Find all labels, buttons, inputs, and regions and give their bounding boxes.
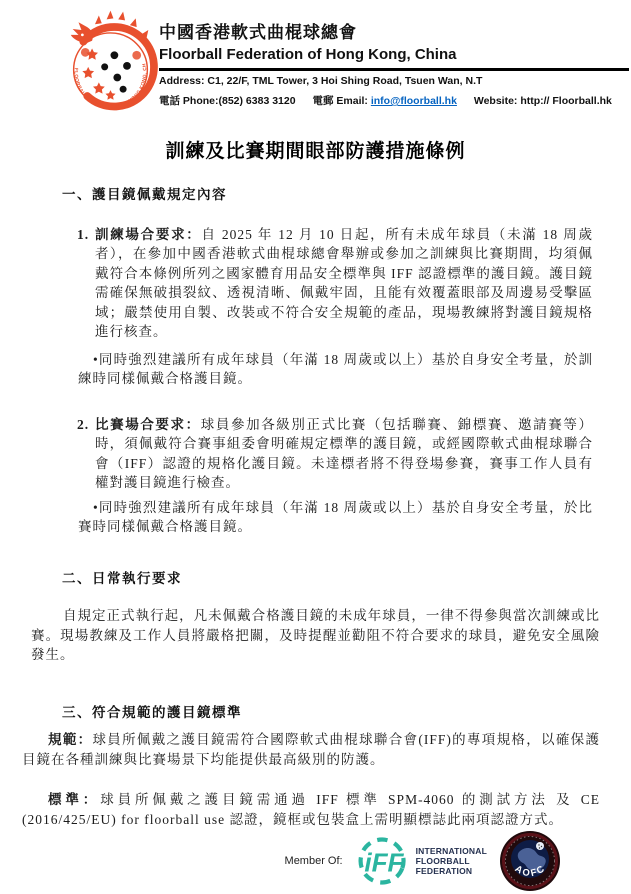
website-text: Website: http:// Floorball.hk: [474, 95, 612, 107]
iff-name-line3: FEDERATION: [416, 866, 487, 876]
iff-name-lines: INTERNATIONAL FLOORBALL FEDERATION: [416, 846, 487, 876]
org-name-en: Floorball Federation of Hong Kong, China: [159, 46, 629, 63]
list-item-2: 2. 比賽場合要求：球員參加各級別正式比賽（包括聯賽、錦標賽、邀請賽等）時，須佩…: [77, 415, 593, 493]
standard-text: 球員所佩戴之護目鏡需通過 IFF 標準 SPM-4060 的測試方法 及 CE …: [22, 792, 600, 827]
page-title: 訓練及比賽期間眼部防護措施條例: [0, 136, 631, 163]
letterhead-text: 中國香港軟式曲棍球總會 Floorball Federation of Hong…: [159, 8, 629, 108]
section2-paragraph: 自規定正式執行起，凡未佩戴合格護目鏡的未成年球員，一律不得參與當次訓練或比賽。現…: [31, 606, 600, 665]
item1-bullet: •同時強烈建議所有成年球員（年滿 18 周歲或以上）基於自身安全考量，於訓練時同…: [78, 350, 593, 389]
contact-line: 電話 Phone:(852) 6383 3120 電郵 Email: info@…: [159, 93, 629, 108]
item1-text: 訓練場合要求：自 2025 年 12 月 10 日起，所有未成年球員（未滿 18…: [95, 225, 593, 342]
header-divider: [159, 68, 629, 71]
iff-name-line2: FLOORBALL: [416, 856, 487, 866]
iff-logo-icon: iFF: [355, 834, 411, 888]
document-body: 一、護目鏡佩戴規定內容 1. 訓練場合要求：自 2025 年 12 月 10 日…: [0, 185, 631, 829]
section1-heading: 一、護目鏡佩戴規定內容: [62, 185, 631, 205]
member-of-label: Member Of:: [285, 855, 343, 867]
email-link[interactable]: info@floorball.hk: [371, 95, 457, 107]
ffhk-logo-graphic: FLOORBALL FEDERATION OF HONG KONG, CHINA: [62, 8, 159, 118]
spec-label: 規範：: [48, 732, 92, 747]
aofc-logo-icon: AOFC: [499, 830, 561, 892]
email-label: 電郵 Email:: [312, 95, 367, 107]
iff-name-line1: INTERNATIONAL: [416, 846, 487, 856]
dragon-head: [71, 22, 93, 43]
section3-paragraph-spec: 規範：球員所佩戴之護目鏡需符合國際軟式曲棍球聯合會(IFF)的專項規格，以確保護…: [22, 730, 600, 769]
item1-label: 訓練場合要求：: [95, 227, 202, 242]
address-line: Address: C1, 22/F, TML Tower, 3 Hoi Shin…: [159, 75, 629, 87]
item2-text: 比賽場合要求：球員參加各級別正式比賽（包括聯賽、錦標賽、邀請賽等）時，須佩戴符合…: [95, 415, 593, 493]
item1-number: 1.: [77, 225, 95, 342]
letterhead: FLOORBALL FEDERATION OF HONG KONG, CHINA…: [0, 0, 631, 123]
footer: Member Of: iFF INTERNATIONAL FLOORBALL F…: [0, 830, 631, 892]
standard-label: 標準：: [48, 792, 100, 807]
ffhk-logo: FLOORBALL FEDERATION OF HONG KONG, CHINA: [62, 8, 159, 123]
item2-number: 2.: [77, 415, 95, 493]
section2-heading: 二、日常執行要求: [62, 569, 631, 589]
iff-logo: iFF INTERNATIONAL FLOORBALL FEDERATION: [355, 834, 487, 888]
section3-paragraph-standard: 標準：球員所佩戴之護目鏡需通過 IFF 標準 SPM-4060 的測試方法 及 …: [22, 790, 600, 829]
document-page: FLOORBALL FEDERATION OF HONG KONG, CHINA…: [0, 0, 631, 894]
item2-label: 比賽場合要求：: [95, 417, 201, 432]
org-name-zh: 中國香港軟式曲棍球總會: [159, 18, 629, 43]
list-item-1: 1. 訓練場合要求：自 2025 年 12 月 10 日起，所有未成年球員（未滿…: [77, 225, 593, 342]
section3-heading: 三、符合規範的護目鏡標準: [62, 703, 631, 723]
phone-text: 電話 Phone:(852) 6383 3120: [159, 95, 296, 107]
iff-abbr-text: iFF: [364, 847, 404, 877]
spec-text: 球員所佩戴之護目鏡需符合國際軟式曲棍球聯合會(IFF)的專項規格，以確保護目鏡在…: [22, 732, 600, 767]
item2-bullet: •同時強烈建議所有成年球員（年滿 18 周歲或以上）基於自身安全考量，於比賽時同…: [78, 498, 593, 537]
item1-body: 自 2025 年 12 月 10 日起，所有未成年球員（未滿 18 周歲者），在…: [95, 227, 593, 340]
